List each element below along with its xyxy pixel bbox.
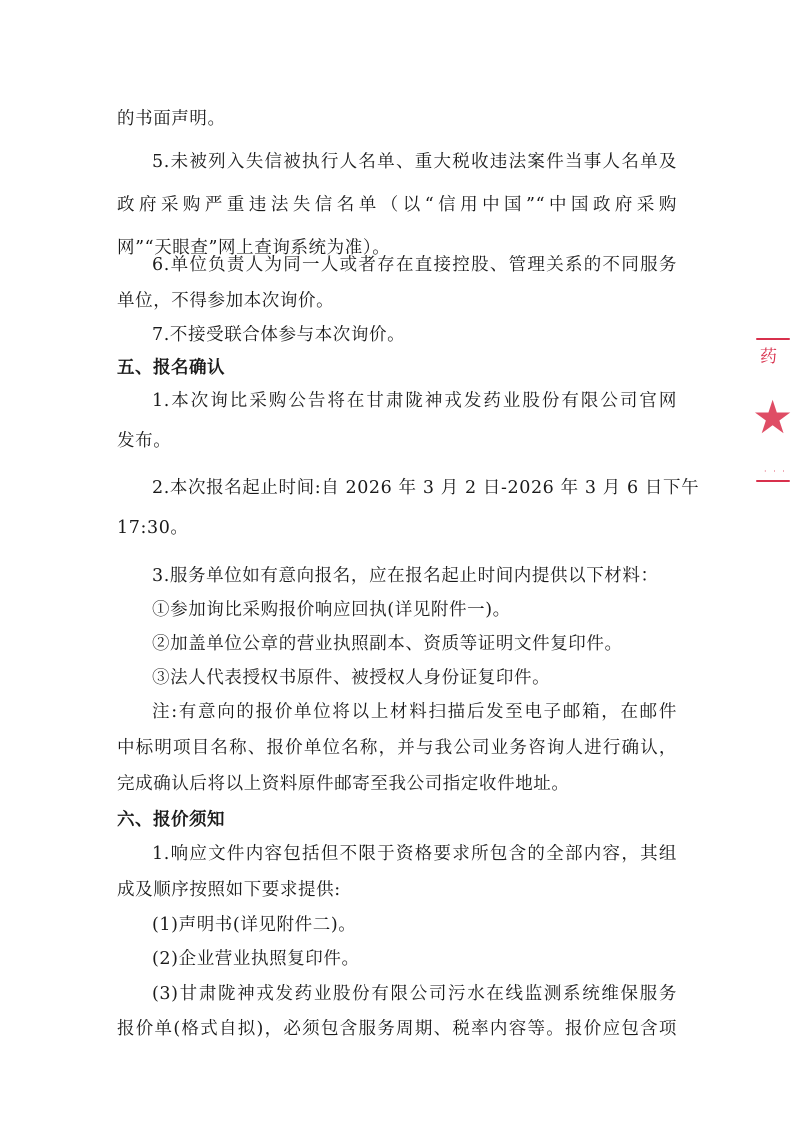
seal-small-text: · · · [764,467,787,476]
note-line-3: 完成确认后将以上资料原件邮寄至我公司指定收件地址。 [117,772,570,796]
section-5-item-2-line-1: 2.本次报名起止时间:自 2026 年 3 月 2 日-2026 年 3 月 6… [152,476,677,500]
seal-bottom-bar [756,480,790,482]
section-5-item-1-line-2: 发布。 [117,429,171,453]
note-line-2: 中标明项目名称、报价单位名称，并与我公司业务咨询人进行确认， [117,736,677,760]
company-seal-stamp: 药 ★ · · · [752,330,793,500]
item-7-line-1: 7.不接受联合体参与本次询价。 [152,323,405,347]
section-5-item-1-line-1: 1.本次询比采购公告将在甘肃陇神戎发药业股份有限公司官网 [152,389,677,413]
material-3: ③法人代表授权书原件、被授权人身份证复印件。 [152,666,550,690]
section-6-item-1-line-2: 成及顺序按照如下要求提供: [117,878,341,902]
sub-item-3-line-2: 报价单(格式自拟)，必须包含服务周期、税率内容等。报价应包含项 [117,1017,677,1041]
section-6-item-1-line-1: 1.响应文件内容包括但不限于资格要求所包含的全部内容，其组 [152,842,677,866]
section-5-heading: 五、报名确认 [117,356,225,380]
material-2: ②加盖单位公章的营业执照副本、资质等证明文件复印件。 [152,632,623,656]
note-line-1: 注:有意向的报价单位将以上材料扫描后发至电子邮箱，在邮件 [152,700,677,724]
document-page: 的书面声明。 5.未被列入失信被执行人名单、重大税收违法案件当事人名单及 政府采… [0,0,793,1122]
item-6-line-1: 6.单位负责人为同一人或者存在直接控股、管理关系的不同服务 [152,253,677,277]
section-5-item-2-line-2: 17:30。 [117,516,189,540]
item-5-line-2: 政府采购严重违法失信名单（以“信用中国”“中国政府采购 [117,193,677,217]
seal-character: 药 [760,342,777,367]
material-1: ①参加询比采购报价响应回执(详见附件一)。 [152,598,511,622]
section-6-heading: 六、报价须知 [117,808,225,832]
sub-item-3-line-1: (3)甘肃陇神戎发药业股份有限公司污水在线监测系统维保服务 [152,982,677,1006]
sub-item-1: (1)声明书(详见附件二)。 [152,913,356,937]
seal-top-bar [756,338,790,340]
item-5-line-1: 5.未被列入失信被执行人名单、重大税收违法案件当事人名单及 [152,150,677,174]
continuation-text: 的书面声明。 [117,107,226,131]
sub-item-2: (2)企业营业执照复印件。 [152,947,360,971]
section-5-item-3-intro: 3.服务单位如有意向报名，应在报名起止时间内提供以下材料： [152,564,659,588]
seal-star-icon: ★ [752,394,793,440]
item-6-line-2: 单位，不得参加本次询价。 [117,289,334,313]
